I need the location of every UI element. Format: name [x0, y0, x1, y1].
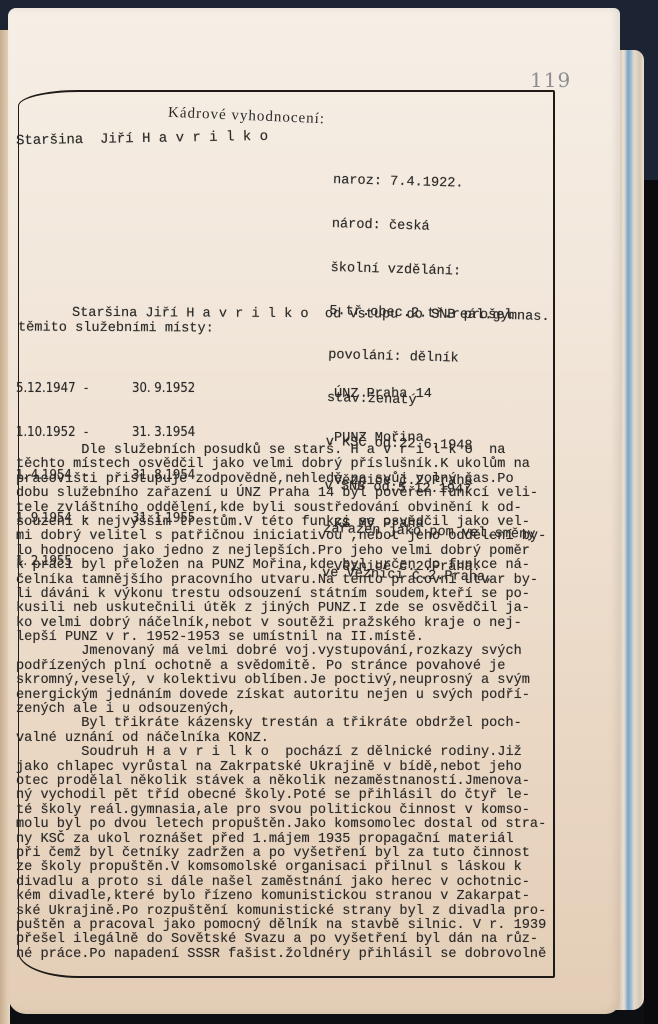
body-paragraph: Dle služebních posudků se starš. H a v r…	[16, 444, 546, 645]
body-line: ze školy propuštěn.V komsomolské organis…	[16, 861, 546, 875]
period-to: 30. 9.1952	[132, 381, 195, 396]
body-paragraph: Soudruh H a v r i l k o pochází z dělnic…	[16, 746, 546, 962]
period-to: 31. 3.1954	[132, 425, 195, 440]
body-line: při čemž byl četníky zadržen a po vyšetř…	[16, 847, 546, 861]
body-line: čelníka tamnějšího pracovního utvaru.Na …	[16, 574, 546, 588]
body-line: Jmenovaný má velmi dobré voj.vystupování…	[16, 645, 546, 659]
body-paragraph: Jmenovaný má velmi dobré voj.vystupování…	[16, 645, 546, 717]
service-period-row: 1.10.1952-31. 3.1954	[16, 426, 195, 441]
body-line: valné uznání od náčelníka KONZ.	[16, 732, 546, 746]
body-line: souzení k nejvyšším trestům.V této funkc…	[16, 516, 546, 530]
body-line: ko velmi dobrý náčelník,nebot v soutěži …	[16, 617, 546, 631]
body-line: tele zvláštního oddělení,kde byli soustř…	[16, 502, 546, 516]
body-line: dobu služebního zařazení u ÚNZ Praha 14 …	[16, 487, 546, 501]
body-line: jako chlapec vyrůstal na Zakrpatské Ukra…	[16, 761, 546, 775]
body-line: pracovišti přistupuje zodpovědně,nehledě…	[16, 473, 546, 487]
body-line: ské Ukrajině.Po rozpuštění komunistické …	[16, 905, 546, 919]
body-line: k práci byl přeložen na PUNZ Mořina,kde …	[16, 559, 546, 573]
subject-first-name: Jiří	[100, 131, 134, 148]
body-line: přešel ilegálně do Sovětské Svazu a po v…	[16, 933, 546, 947]
page-number: 119	[530, 68, 571, 92]
body-line: mi dobrý velitel s patřičnou iniciativou…	[16, 530, 546, 544]
body-line: energickým jednáním dovede získat autori…	[16, 689, 546, 703]
body-line: né práce.Po napadení SSSR fašist.žoldnér…	[16, 948, 546, 962]
body-line: zených ale i u odsouzených,	[16, 703, 546, 717]
body-line: otec prodělal několik stávek a několik n…	[16, 775, 546, 789]
document-page: 119 Kádrové vyhodnocení: Staršina Jiří H…	[8, 8, 620, 1014]
body-line: té školy reál.gymnasia,ale pro svou poli…	[16, 804, 546, 818]
body-line: kusili neb uskutečnili útěk z jiných PUN…	[16, 602, 546, 616]
body-line: divadlu a proto si dále našel zaměstnání…	[16, 876, 546, 890]
background-shadow	[644, 180, 658, 1024]
info-line: naroz: 7.4.1922.	[333, 174, 554, 195]
service-intro-line-2: těmito služebními místy:	[18, 321, 214, 336]
body-line: ný vychodil pět tříd obecné školy.Poté s…	[16, 789, 546, 803]
info-line: národ: česká	[332, 218, 553, 239]
subject-last-name: H a v r i l k o	[142, 129, 268, 147]
body-line: lo hodnoceno jako jedno z nejlepších.Pro…	[16, 545, 546, 559]
subject-rank: Staršina	[16, 132, 83, 149]
period-from: 1.10.1952	[16, 426, 84, 440]
body-line: lepší PUNZ v r. 1952-1953 se umístnil na…	[16, 631, 546, 645]
service-intro-prefix: Staršina Jiří	[72, 306, 178, 322]
body-line: těchto místech osvědčil jako velmi dobrý…	[16, 458, 546, 472]
period-from: 5.12.1947	[16, 382, 84, 396]
body-line: Soudruh H a v r i l k o pochází z dělnic…	[16, 746, 546, 760]
body-line: li dáváni k výkonu trestu odsouzení stát…	[16, 588, 546, 602]
body-line: skromný,veselý, v kolektivu oblíben.Je p…	[16, 674, 546, 688]
service-intro-name: H a v r i l k o	[186, 306, 308, 322]
period-dash: -	[84, 382, 132, 396]
body-paragraph: Byl třikráte kázensky trestán a třikráte…	[16, 717, 546, 746]
period-dash: -	[84, 426, 132, 440]
info-line: školní vzdělání:	[330, 262, 551, 283]
body-line: ny KSČ za ukol roznášet před 1.májem 193…	[16, 833, 546, 847]
body-line: molu byl po dvou letech propuštěn.Jako k…	[16, 818, 546, 832]
service-period-row: 5.12.1947-30. 9.1952	[16, 382, 195, 397]
period-place: ÚNZ Praha 14	[334, 388, 481, 403]
evaluation-body: Dle služebních posudků se starš. H a v r…	[16, 444, 546, 962]
body-line: Byl třikráte kázensky trestán a třikráte…	[16, 717, 546, 731]
body-line: kém divadle,které bylo řízeno komunistic…	[16, 890, 546, 904]
body-line: podřízených plní ochotně a svědomitě. Po…	[16, 660, 546, 674]
service-intro-suffix: od vstupu do SNB prošel	[325, 307, 513, 323]
